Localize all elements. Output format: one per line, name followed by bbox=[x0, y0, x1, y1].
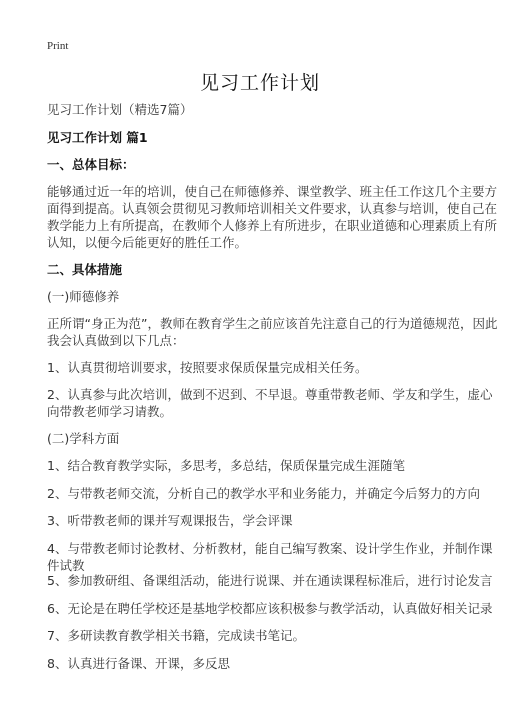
list-item: 4、与带教老师讨论教材、分析教材，能自己编写教案、设计学生作业，并制作课 bbox=[47, 540, 475, 558]
goal-line: 教学能力上有所提高，在教师个人修养上有所进步，在职业道德和心理素质上有所 bbox=[47, 217, 475, 235]
goal-line: 认知，以便今后能更好的胜任工作。 bbox=[47, 234, 475, 252]
list-item: 7、多研读教育教学相关书籍，完成读书笔记。 bbox=[47, 627, 475, 645]
list-item: 6、无论是在聘任学校还是基地学校都应该积极参与教学活动，认真做好相关记录 bbox=[47, 600, 475, 618]
document-title: 见习工作计划 bbox=[0, 68, 520, 95]
list-item: 5、参加教研组、备课组活动，能进行说课、并在通读课程标准后，进行讨论发言 bbox=[47, 572, 475, 590]
list-item: 3、听带教老师的课并写观课报告，学会评课 bbox=[47, 512, 475, 530]
heading-overall-goals: 一、总体目标： bbox=[47, 156, 475, 174]
list-item: 2、认真参与此次培训，做到不迟到、不早退。尊重带教老师、学友和学生，虚心 bbox=[47, 386, 475, 404]
list-item: 8、认真进行备课、开课，多反思 bbox=[47, 655, 475, 673]
list-item-continuation: 向带教老师学习请教。 bbox=[47, 403, 475, 421]
document-subtitle: 见习工作计划（精选7篇） bbox=[47, 101, 475, 119]
subheading-ethics: (一)师德修养 bbox=[47, 288, 475, 306]
goal-line: 能够通过近一年的培训，使自己在师德修养、课堂教学、班主任工作这几个主要方 bbox=[47, 183, 475, 201]
list-item: 1、认真贯彻培训要求，按照要求保质保量完成相关任务。 bbox=[47, 359, 475, 377]
goal-line: 面得到提高。认真领会贯彻见习教师培训相关文件要求，认真参与培训，使自己在 bbox=[47, 200, 475, 218]
section-title: 见习工作计划 篇1 bbox=[47, 129, 475, 147]
list-item: 1、结合教育教学实际，多思考，多总结，保质保量完成生涯随笔 bbox=[47, 457, 475, 475]
subheading-subject: (二)学科方面 bbox=[47, 430, 475, 448]
list-item: 2、与带教老师交流，分析自己的教学水平和业务能力，并确定今后努力的方向 bbox=[47, 485, 475, 503]
ethics-intro-line: 正所谓“身正为范”，教师在教育学生之前应该首先注意自己的行为道德规范，因此 bbox=[47, 315, 475, 333]
print-label: Print bbox=[47, 40, 68, 52]
ethics-intro-line: 我会认真做到以下几点： bbox=[47, 332, 475, 350]
heading-specific-measures: 二、具体措施 bbox=[47, 261, 475, 279]
